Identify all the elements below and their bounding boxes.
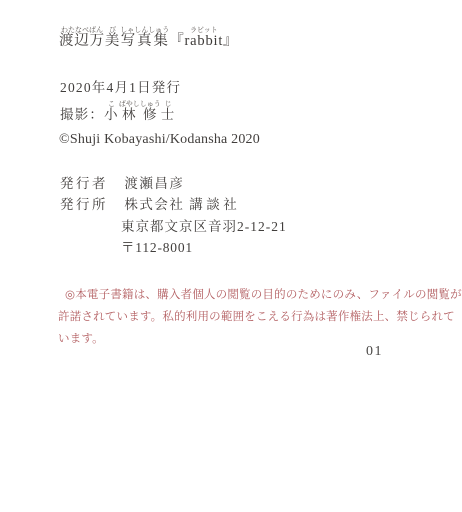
office-label: 発行所 [60,193,121,213]
publisher-postal-code: 〒112-8001 [121,236,193,256]
company-name: 講談社 [189,197,240,212]
publishing-office-row: 発行所 株式会社 講談社 [60,193,240,213]
colophon-page: 渡辺万わたなべばん美び写真集しゃしんしゅう『rabbitラビット』 2020年4… [0,0,462,512]
copyright-line: ©Shuji Kobayashi/Kodansha 2020 [59,132,260,148]
drm-notice: ◎本電子書籍は、購入者個人の閲覧の目的のためにのみ、ファイルの閲覧が許諾されてい… [58,284,450,350]
company-type: 株式会社 [124,197,184,212]
photographer-label: 撮影： [60,107,104,122]
photographer-name: 小こ林ばやし修しゅう士じ [104,107,175,122]
page-number: 01 [366,344,383,360]
publisher-row: 発行者 渡瀬昌彦 [60,172,184,192]
publisher-name: 渡瀬昌彦 [124,176,184,191]
office-name: 株式会社 講談社 [124,197,240,212]
publisher-address: 東京都文京区音羽2-12-21 [121,215,287,235]
publisher-label: 発行者 [60,172,121,192]
publication-date: 2020年4月1日発行 [60,76,181,96]
book-title: 渡辺万わたなべばん美び写真集しゃしんしゅう『rabbitラビット』 [59,26,238,52]
photographer-credit: 撮影：小こ林ばやし修しゅう士じ [60,100,176,126]
